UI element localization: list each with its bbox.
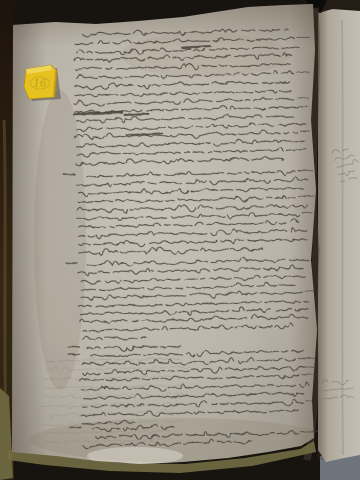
book-binding (0, 0, 14, 480)
manuscript-photo: 16 (0, 0, 360, 480)
tab-label: 16 (34, 79, 47, 90)
page-shading (12, 4, 330, 465)
photo-canvas: 16 (0, 0, 360, 480)
ink-stroke (124, 113, 147, 115)
facing-page (318, 7, 360, 462)
sticky-tab: 16 (24, 65, 61, 101)
main-page (12, 4, 330, 465)
